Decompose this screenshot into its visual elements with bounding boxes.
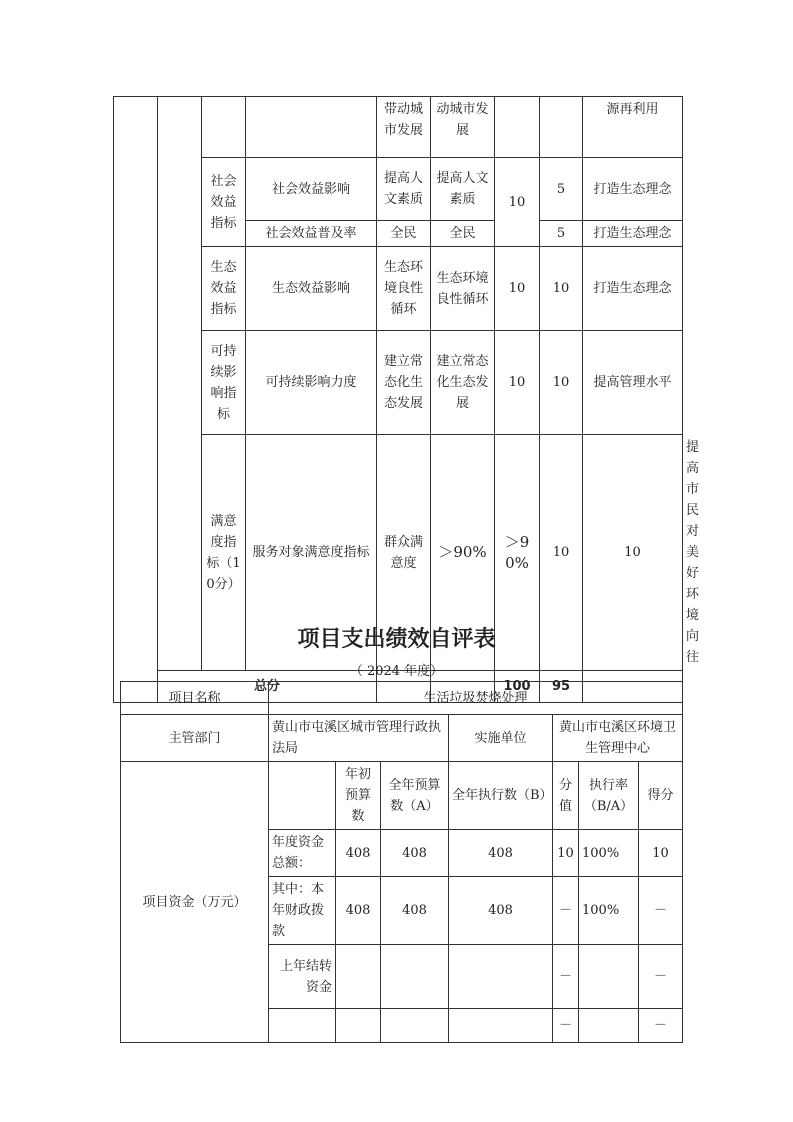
performance-indicator-table: 带动城市发展 动城市发展 源再利用 社会效益指标 社会效益影响 提高人文素质 提… bbox=[113, 96, 683, 703]
weight-cell: 10 bbox=[495, 247, 540, 331]
data-cell bbox=[449, 1009, 553, 1043]
data-cell: 408 bbox=[449, 830, 553, 877]
indicator-cell: 生态效益影响 bbox=[246, 247, 377, 331]
data-cell: 10 bbox=[639, 830, 683, 877]
level2-cell bbox=[158, 97, 202, 671]
impl-value: 黄山市屯溪区环境卫生管理中心 bbox=[553, 715, 683, 762]
project-name-label: 项目名称 bbox=[121, 682, 269, 715]
level3-cell: 可持续影响指标 bbox=[202, 331, 246, 435]
level3-cell: 社会效益指标 bbox=[202, 158, 246, 247]
funds-label: 项目资金（万元） bbox=[121, 762, 269, 1043]
indicator-cell: 社会效益影响 bbox=[246, 158, 377, 221]
row-label: 上年结转资金 bbox=[269, 945, 336, 1009]
header-cell: 年初预算数 bbox=[336, 762, 381, 830]
data-cell: 100% bbox=[579, 877, 639, 945]
target-cell: 带动城市发展 bbox=[377, 97, 431, 158]
data-cell bbox=[579, 1009, 639, 1043]
actual-cell: 建立常态化生态发展 bbox=[431, 331, 495, 435]
level1-cell bbox=[114, 97, 158, 703]
actual-cell: 动城市发展 bbox=[431, 97, 495, 158]
note-cell: 打造生态理念 bbox=[583, 247, 683, 331]
data-cell: － bbox=[639, 1009, 683, 1043]
weight-cell: 10 bbox=[495, 331, 540, 435]
weight-cell bbox=[495, 97, 540, 158]
impl-label: 实施单位 bbox=[449, 715, 553, 762]
score-cell: 5 bbox=[540, 221, 583, 247]
data-cell: 408 bbox=[336, 830, 381, 877]
data-cell: － bbox=[639, 877, 683, 945]
dept-label: 主管部门 bbox=[121, 715, 269, 762]
header-cell: 全年执行数（B） bbox=[449, 762, 553, 830]
data-cell bbox=[381, 945, 449, 1009]
indicator-cell: 可持续影响力度 bbox=[246, 331, 377, 435]
data-cell bbox=[381, 1009, 449, 1043]
data-cell: － bbox=[553, 945, 579, 1009]
data-cell: 408 bbox=[381, 877, 449, 945]
target-cell: 建立常态化生态发展 bbox=[377, 331, 431, 435]
row-label: 其中：本年财政拨款 bbox=[269, 877, 336, 945]
data-cell: － bbox=[639, 945, 683, 1009]
indicator-cell bbox=[246, 97, 377, 158]
data-cell bbox=[336, 1009, 381, 1043]
row-label: 年度资金总额： bbox=[269, 830, 336, 877]
data-cell bbox=[449, 945, 553, 1009]
indicator-cell: 社会效益普及率 bbox=[246, 221, 377, 247]
level3-cell: 生态效益指标 bbox=[202, 247, 246, 331]
project-expenditure-table: 项目名称 生活垃圾焚烧处理 主管部门 黄山市屯溪区城市管理行政执法局 实施单位 … bbox=[120, 681, 683, 1043]
data-cell bbox=[336, 945, 381, 1009]
header-cell: 执行率（B/A） bbox=[579, 762, 639, 830]
data-cell: 100% bbox=[579, 830, 639, 877]
level3-cell bbox=[202, 97, 246, 158]
score-cell: 5 bbox=[540, 158, 583, 221]
dept-value: 黄山市屯溪区城市管理行政执法局 bbox=[269, 715, 449, 762]
actual-cell: 生态环境良性循环 bbox=[431, 247, 495, 331]
target-cell: 生态环境良性循环 bbox=[377, 247, 431, 331]
data-cell: 408 bbox=[336, 877, 381, 945]
header-cell bbox=[269, 762, 336, 830]
year-subtitle: （ 2024 年度） bbox=[0, 660, 793, 679]
page-title: 项目支出绩效自评表 bbox=[0, 622, 793, 653]
header-cell: 得分 bbox=[639, 762, 683, 830]
target-cell: 全民 bbox=[377, 221, 431, 247]
note-cell: 源再利用 bbox=[583, 97, 683, 158]
note-cell: 打造生态理念 bbox=[583, 221, 683, 247]
project-name-value: 生活垃圾焚烧处理 bbox=[269, 682, 683, 715]
score-cell: 10 bbox=[540, 331, 583, 435]
row-label bbox=[269, 1009, 336, 1043]
target-cell: 提高人文素质 bbox=[377, 158, 431, 221]
data-cell: － bbox=[553, 1009, 579, 1043]
data-cell: 10 bbox=[553, 830, 579, 877]
note-cell: 提高管理水平 bbox=[583, 331, 683, 435]
header-cell: 全年预算数（A） bbox=[381, 762, 449, 830]
data-cell: － bbox=[553, 877, 579, 945]
score-cell: 10 bbox=[540, 247, 583, 331]
note-cell: 打造生态理念 bbox=[583, 158, 683, 221]
actual-cell: 全民 bbox=[431, 221, 495, 247]
weight-cell: 10 bbox=[495, 158, 540, 247]
data-cell: 408 bbox=[449, 877, 553, 945]
actual-cell: 提高人文素质 bbox=[431, 158, 495, 221]
header-cell: 分值 bbox=[553, 762, 579, 830]
data-cell bbox=[579, 945, 639, 1009]
score-cell bbox=[540, 97, 583, 158]
data-cell: 408 bbox=[381, 830, 449, 877]
